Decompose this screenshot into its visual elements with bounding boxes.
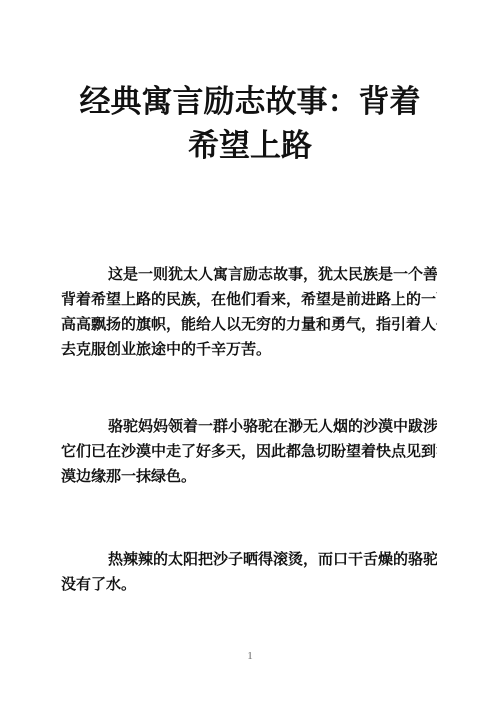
paragraph-line: 这是一则犹太人寓言励志故事，犹太民族是一个善于 [61,263,437,288]
document-page: 经典寓言励志故事：背着 希望上路 这是一则犹太人寓言励志故事，犹太民族是一个善于… [0,0,500,707]
paragraph-camels: 骆驼妈妈领着一群小骆驼在渺无人烟的沙漠中跋涉， 它们已在沙漠中走了好多天，因此都… [61,415,437,490]
paragraph-line: 高高飘扬的旗帜，能给人以无穷的力量和勇气，指引着人们 [61,313,437,338]
document-title: 经典寓言励志故事：背着 希望上路 [40,80,460,168]
paragraph-sun: 热辣辣的太阳把沙子晒得滚烫，而口干舌燥的骆驼们 没有了水。 [61,548,437,598]
paragraph-line: 漠边缘那一抹绿色。 [61,465,437,490]
paragraph-line: 骆驼妈妈领着一群小骆驼在渺无人烟的沙漠中跋涉， [61,415,437,440]
title-line-2: 希望上路 [40,124,460,168]
paragraph-line: 它们已在沙漠中走了好多天，因此都急切盼望着快点见到沙 [61,440,437,465]
paragraph-line: 去克服创业旅途中的千辛万苦。 [61,338,437,363]
document-body: 这是一则犹太人寓言励志故事，犹太民族是一个善于 背着希望上路的民族，在他们看来，… [61,263,437,598]
paragraph-intro: 这是一则犹太人寓言励志故事，犹太民族是一个善于 背着希望上路的民族，在他们看来，… [61,263,437,363]
paragraph-line: 没有了水。 [61,573,437,598]
paragraph-line: 背着希望上路的民族，在他们看来，希望是前进路上的一面 [61,288,437,313]
title-line-1: 经典寓言励志故事：背着 [40,80,460,124]
page-number: 1 [0,650,500,662]
paragraph-line: 热辣辣的太阳把沙子晒得滚烫，而口干舌燥的骆驼们 [61,548,437,573]
